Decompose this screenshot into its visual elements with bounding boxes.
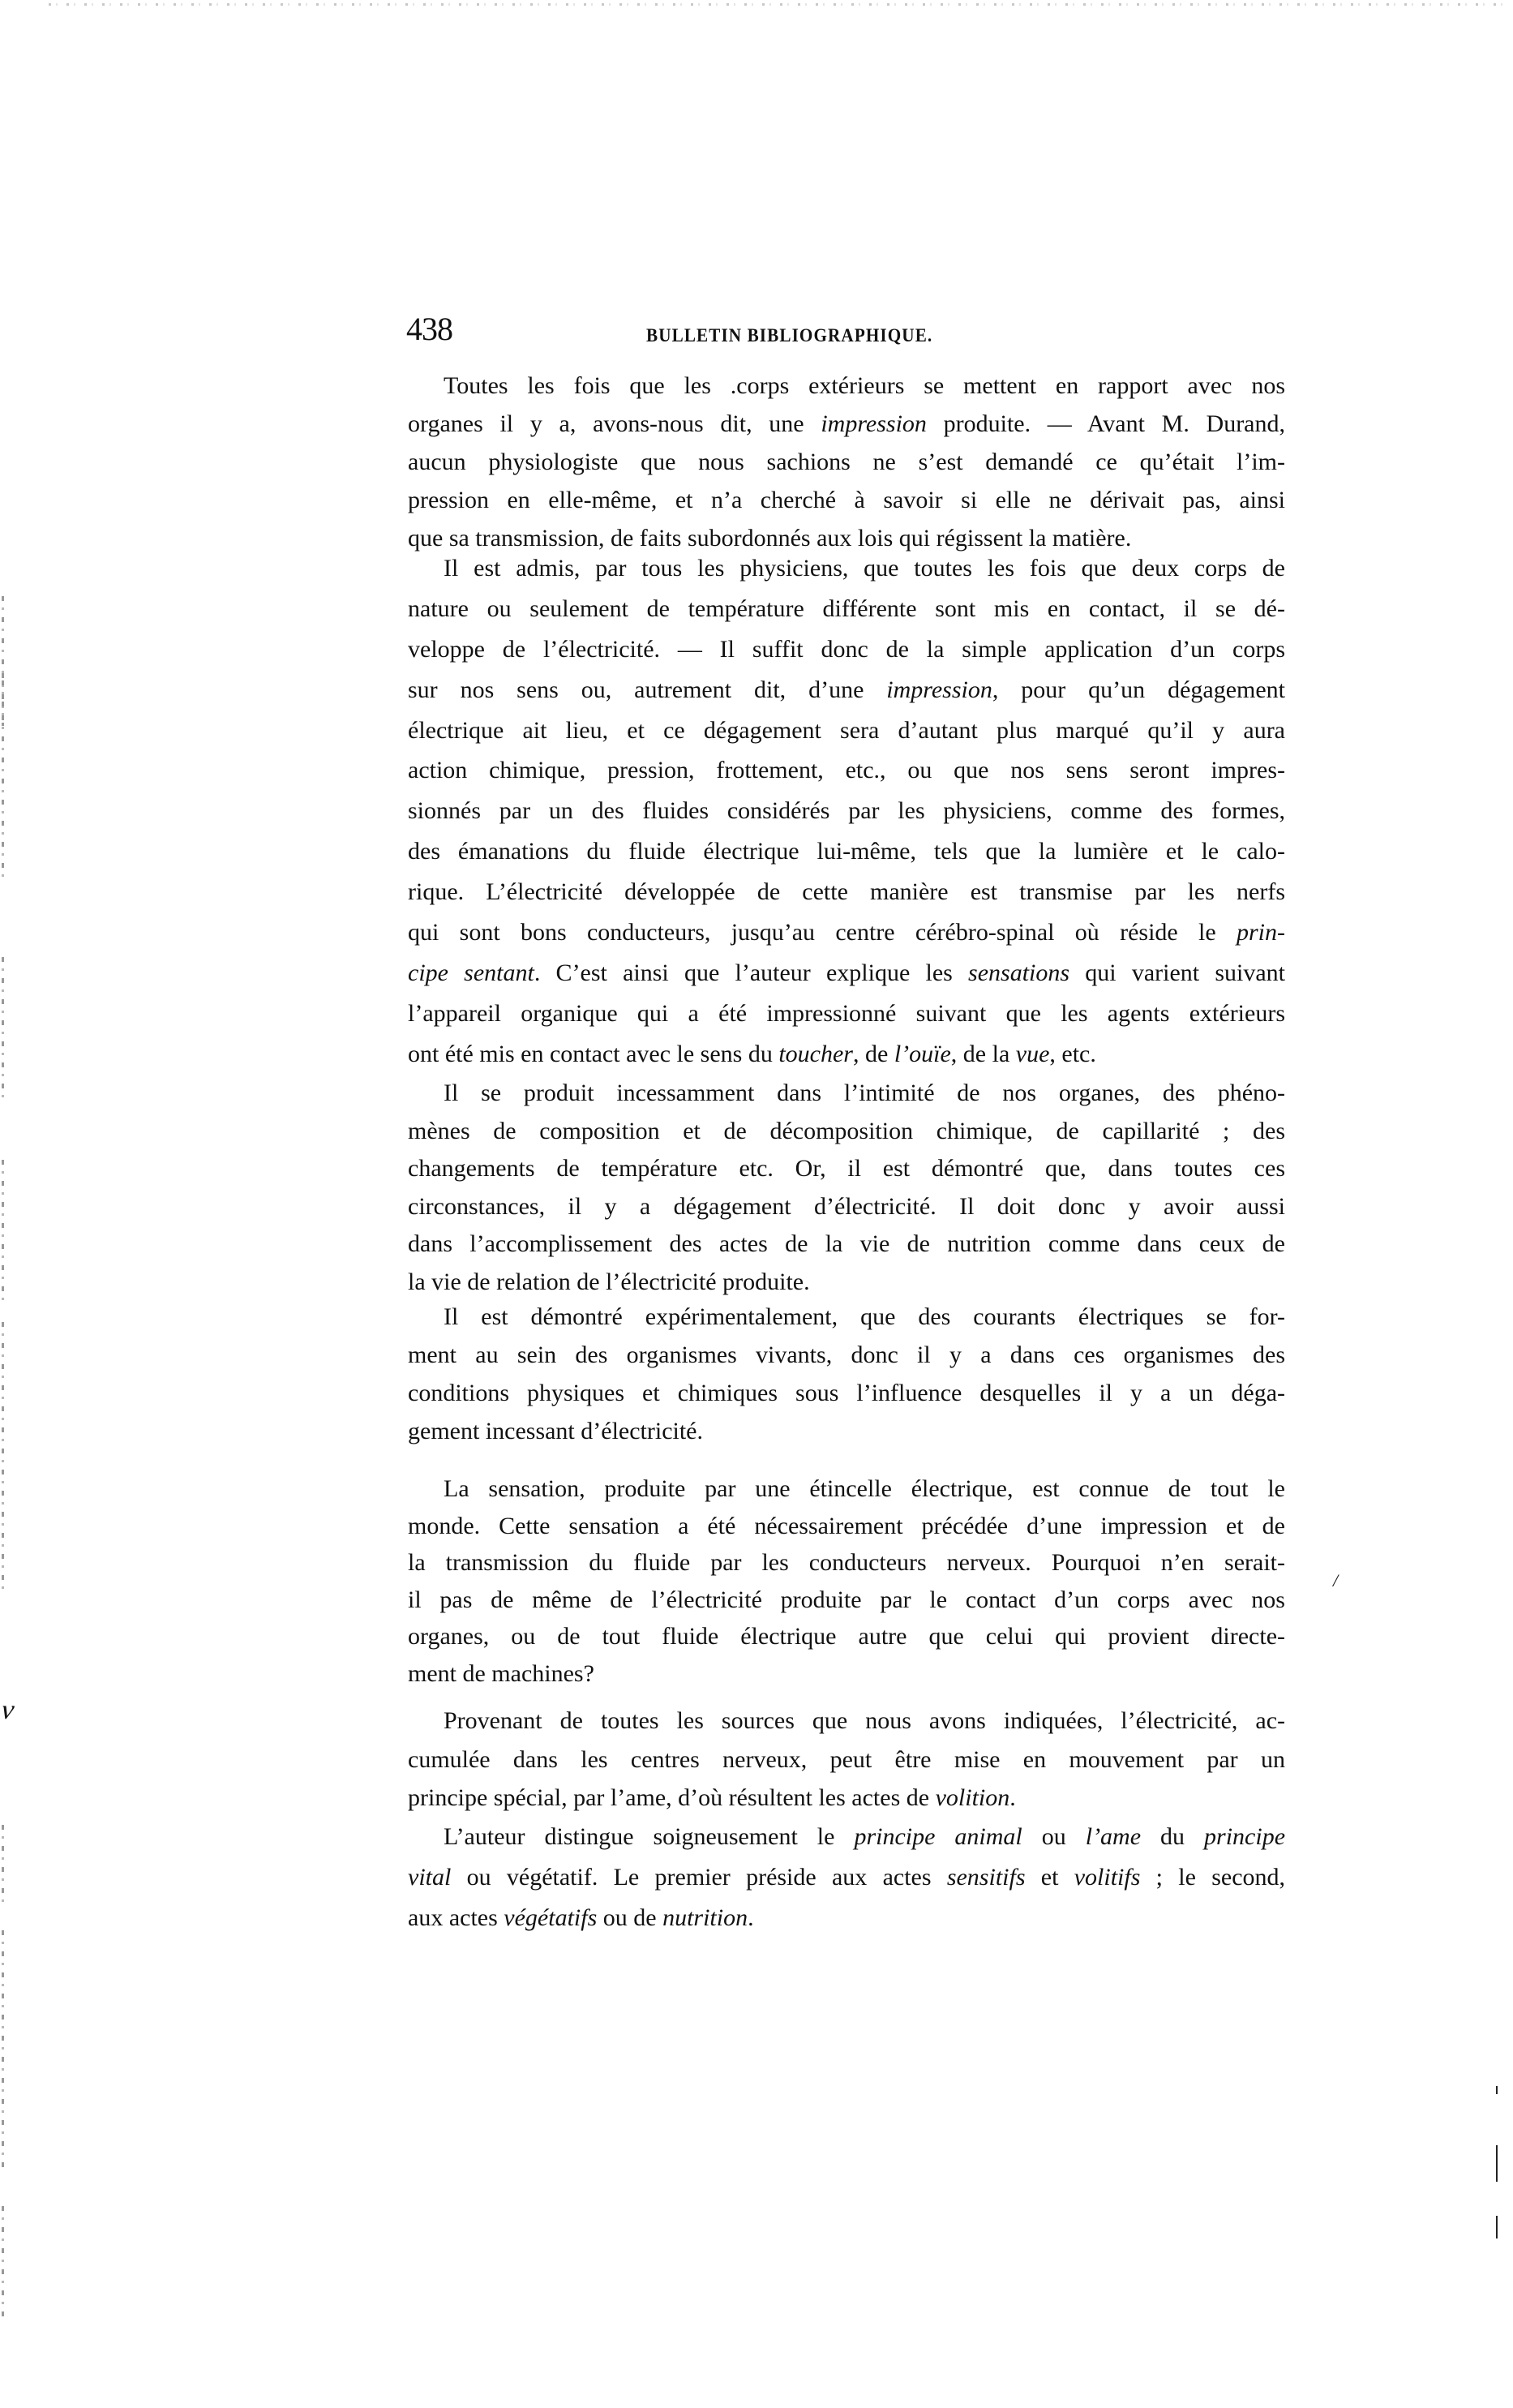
text-line: action chimique, pression, frottement, e… bbox=[408, 750, 1285, 791]
paragraph: Il se produit incessamment dans l’intimi… bbox=[408, 1075, 1285, 1302]
text-line: aucun physiologiste que nous sachions ne… bbox=[408, 443, 1285, 481]
italic-text: nutrition bbox=[662, 1904, 748, 1931]
text-line: cumulée dans les centres nerveux, peut ê… bbox=[408, 1741, 1285, 1779]
text-line: mènes de composition et de décomposition… bbox=[408, 1113, 1285, 1151]
italic-text: impression bbox=[821, 410, 927, 437]
text-run: monde. Cette sensation a été nécessairem… bbox=[408, 1513, 1285, 1539]
text-run: gement incessant d’électricité. bbox=[408, 1418, 703, 1444]
text-run: veloppe de l’électricité. — Il suffit do… bbox=[408, 636, 1285, 663]
text-run: qui varient suivant bbox=[1069, 959, 1285, 986]
scan-artifact-left-edge bbox=[2, 1160, 4, 1306]
italic-text: volition bbox=[936, 1784, 1010, 1811]
text-line: Provenant de toutes les sources que nous… bbox=[408, 1702, 1285, 1741]
text-run: du bbox=[1141, 1823, 1204, 1850]
text-run: l’appareil organique qui a été impressio… bbox=[408, 1000, 1285, 1027]
text-run: Toutes les fois que les .corps extérieur… bbox=[444, 372, 1285, 399]
text-run: . C’est ainsi que l’auteur explique les bbox=[534, 959, 968, 986]
scan-artifact-left-edge bbox=[2, 957, 4, 1103]
scanned-book-page: ν / 438 BULLETIN BIBLIOGRAPHIQUE. Toutes… bbox=[0, 0, 1513, 2408]
italic-text: vital bbox=[408, 1864, 451, 1891]
text-line: changements de température etc. Or, il e… bbox=[408, 1150, 1285, 1188]
scan-artifact-top-edge bbox=[49, 3, 1508, 6]
italic-text: vue bbox=[1016, 1041, 1050, 1067]
text-line: sionnés par un des fluides considérés pa… bbox=[408, 791, 1285, 831]
text-run: Il se produit incessamment dans l’intimi… bbox=[444, 1080, 1285, 1106]
margin-mark-right: / bbox=[1333, 1572, 1338, 1590]
text-run: produite. — Avant M. Durand, bbox=[927, 410, 1285, 437]
text-run: Provenant de toutes les sources que nous… bbox=[444, 1707, 1285, 1734]
text-run: mènes de composition et de décomposition… bbox=[408, 1118, 1285, 1144]
text-line: conditions physiques et chimiques sous l… bbox=[408, 1374, 1285, 1412]
text-line: Il se produit incessamment dans l’intimi… bbox=[408, 1075, 1285, 1113]
text-run: . bbox=[1009, 1784, 1016, 1811]
text-run: aux actes bbox=[408, 1904, 504, 1931]
text-line: veloppe de l’électricité. — Il suffit do… bbox=[408, 629, 1285, 670]
text-run: qui sont bons conducteurs, jusqu’au cent… bbox=[408, 919, 1237, 946]
text-line: Il est admis, par tous les physiciens, q… bbox=[408, 548, 1285, 589]
text-line: cipe sentant. C’est ainsi que l’auteur e… bbox=[408, 953, 1285, 994]
paragraph: Il est démontré expérimentalement, que d… bbox=[408, 1298, 1285, 1450]
scan-artifact-right-edge bbox=[1496, 2145, 1498, 2182]
text-line: nature ou seulement de température diffé… bbox=[408, 589, 1285, 629]
text-line: qui sont bons conducteurs, jusqu’au cent… bbox=[408, 912, 1285, 953]
text-line: sur nos sens ou, autrement dit, d’une im… bbox=[408, 670, 1285, 710]
text-run: changements de température etc. Or, il e… bbox=[408, 1155, 1285, 1182]
text-run: pression en elle-même, et n’a cherché à … bbox=[408, 487, 1285, 513]
italic-text: cipe sentant bbox=[408, 959, 534, 986]
text-run: , de la bbox=[951, 1041, 1016, 1067]
text-run: aucun physiologiste que nous sachions ne… bbox=[408, 449, 1285, 475]
text-run: la vie de relation de l’électricité prod… bbox=[408, 1268, 810, 1295]
italic-text: végétatifs bbox=[504, 1904, 597, 1931]
scan-artifact-left-edge bbox=[2, 1825, 4, 1906]
text-run: , etc. bbox=[1049, 1041, 1095, 1067]
text-line: organes, ou de tout fluide électrique au… bbox=[408, 1618, 1285, 1655]
margin-mark-left: ν bbox=[0, 1697, 18, 1724]
paragraph: Il est admis, par tous les physiciens, q… bbox=[408, 548, 1285, 1075]
italic-text: principe animal bbox=[854, 1823, 1022, 1850]
text-run: dans l’accomplissement des actes de la v… bbox=[408, 1230, 1285, 1257]
text-line: L’auteur distingue soigneusement le prin… bbox=[408, 1817, 1285, 1857]
text-line: électrique ait lieu, et ce dégagement se… bbox=[408, 710, 1285, 751]
italic-text: impression bbox=[886, 676, 992, 703]
text-run: La sensation, produite par une étincelle… bbox=[444, 1475, 1285, 1502]
paragraph: La sensation, produite par une étincelle… bbox=[408, 1470, 1285, 1693]
text-run: , pour qu’un dégagement bbox=[992, 676, 1285, 703]
italic-text: volitifs bbox=[1074, 1864, 1141, 1891]
paragraph: Toutes les fois que les .corps extérieur… bbox=[408, 367, 1285, 557]
text-line: monde. Cette sensation a été nécessairem… bbox=[408, 1508, 1285, 1545]
text-run: ment de machines? bbox=[408, 1660, 594, 1687]
text-run: ou de bbox=[597, 1904, 662, 1931]
paragraph: Provenant de toutes les sources que nous… bbox=[408, 1702, 1285, 1818]
text-run: ou bbox=[1022, 1823, 1086, 1850]
text-line: principe spécial, par l’ame, d’où résult… bbox=[408, 1779, 1285, 1818]
text-run: Il est admis, par tous les physiciens, q… bbox=[444, 555, 1285, 582]
text-line: gement incessant d’électricité. bbox=[408, 1412, 1285, 1450]
text-line: Toutes les fois que les .corps extérieur… bbox=[408, 367, 1285, 405]
scan-artifact-right-edge bbox=[1496, 2086, 1498, 2094]
scan-artifact-left-edge bbox=[2, 1930, 4, 2174]
page-number: 438 bbox=[406, 313, 452, 346]
text-line: la vie de relation de l’électricité prod… bbox=[408, 1264, 1285, 1302]
text-run: la transmission du fluide par les conduc… bbox=[408, 1549, 1285, 1576]
scan-artifact-left-edge bbox=[2, 673, 4, 884]
italic-text: principe bbox=[1204, 1823, 1285, 1850]
running-head: BULLETIN BIBLIOGRAPHIQUE. bbox=[646, 326, 932, 346]
scan-artifact-left-edge bbox=[2, 1322, 4, 1590]
italic-text: sensations bbox=[968, 959, 1069, 986]
text-line: l’appareil organique qui a été impressio… bbox=[408, 994, 1285, 1034]
text-run: , de bbox=[853, 1041, 894, 1067]
text-line: ont été mis en contact avec le sens du t… bbox=[408, 1034, 1285, 1075]
text-run: il pas de même de l’électricité produite… bbox=[408, 1586, 1285, 1613]
text-line: rique. L’électricité développée de cette… bbox=[408, 872, 1285, 912]
text-line: organes il y a, avons-nous dit, une impr… bbox=[408, 405, 1285, 443]
text-line: Il est démontré expérimentalement, que d… bbox=[408, 1298, 1285, 1336]
text-line: il pas de même de l’électricité produite… bbox=[408, 1582, 1285, 1619]
text-line: pression en elle-même, et n’a cherché à … bbox=[408, 481, 1285, 519]
text-line: La sensation, produite par une étincelle… bbox=[408, 1470, 1285, 1508]
text-run: ou végétatif. Le premier préside aux act… bbox=[451, 1864, 946, 1891]
text-line: circonstances, il y a dégagement d’élect… bbox=[408, 1188, 1285, 1226]
text-run: principe spécial, par l’ame, d’où résult… bbox=[408, 1784, 936, 1811]
text-run: électrique ait lieu, et ce dégagement se… bbox=[408, 717, 1285, 744]
text-run: Il est démontré expérimentalement, que d… bbox=[444, 1303, 1285, 1330]
text-run: conditions physiques et chimiques sous l… bbox=[408, 1380, 1285, 1406]
text-run: ment au sein des organismes vivants, don… bbox=[408, 1341, 1285, 1368]
text-run: organes il y a, avons-nous dit, une bbox=[408, 410, 821, 437]
text-run: sur nos sens ou, autrement dit, d’une bbox=[408, 676, 886, 703]
text-run: et bbox=[1026, 1864, 1074, 1891]
text-run: organes, ou de tout fluide électrique au… bbox=[408, 1623, 1285, 1650]
text-line: ment de machines? bbox=[408, 1655, 1285, 1693]
text-line: ment au sein des organismes vivants, don… bbox=[408, 1336, 1285, 1374]
scan-artifact-left-edge bbox=[2, 2206, 4, 2320]
italic-text: prin- bbox=[1237, 919, 1285, 946]
text-run: des émanations du fluide électrique lui-… bbox=[408, 838, 1285, 865]
text-run: ; le second, bbox=[1140, 1864, 1285, 1891]
text-line: aux actes végétatifs ou de nutrition. bbox=[408, 1898, 1285, 1938]
scan-artifact-right-edge bbox=[1496, 2216, 1498, 2238]
text-run: cumulée dans les centres nerveux, peut ê… bbox=[408, 1746, 1285, 1773]
text-run: L’auteur distingue soigneusement le bbox=[444, 1823, 854, 1850]
italic-text: l’ouïe bbox=[894, 1041, 951, 1067]
text-run: action chimique, pression, frottement, e… bbox=[408, 757, 1285, 783]
text-line: des émanations du fluide électrique lui-… bbox=[408, 831, 1285, 872]
italic-text: toucher bbox=[778, 1041, 853, 1067]
paragraph: L’auteur distingue soigneusement le prin… bbox=[408, 1817, 1285, 1938]
italic-text: l’ame bbox=[1086, 1823, 1141, 1850]
text-run: rique. L’électricité développée de cette… bbox=[408, 878, 1285, 905]
text-run: ont été mis en contact avec le sens du bbox=[408, 1041, 778, 1067]
italic-text: sensitifs bbox=[947, 1864, 1026, 1891]
text-run: circonstances, il y a dégagement d’élect… bbox=[408, 1193, 1285, 1220]
text-line: la transmission du fluide par les conduc… bbox=[408, 1544, 1285, 1582]
text-line: vital ou végétatif. Le premier préside a… bbox=[408, 1857, 1285, 1898]
text-line: dans l’accomplissement des actes de la v… bbox=[408, 1225, 1285, 1264]
text-run: . bbox=[748, 1904, 754, 1931]
text-run: nature ou seulement de température diffé… bbox=[408, 595, 1285, 622]
text-run: sionnés par un des fluides considérés pa… bbox=[408, 797, 1285, 824]
